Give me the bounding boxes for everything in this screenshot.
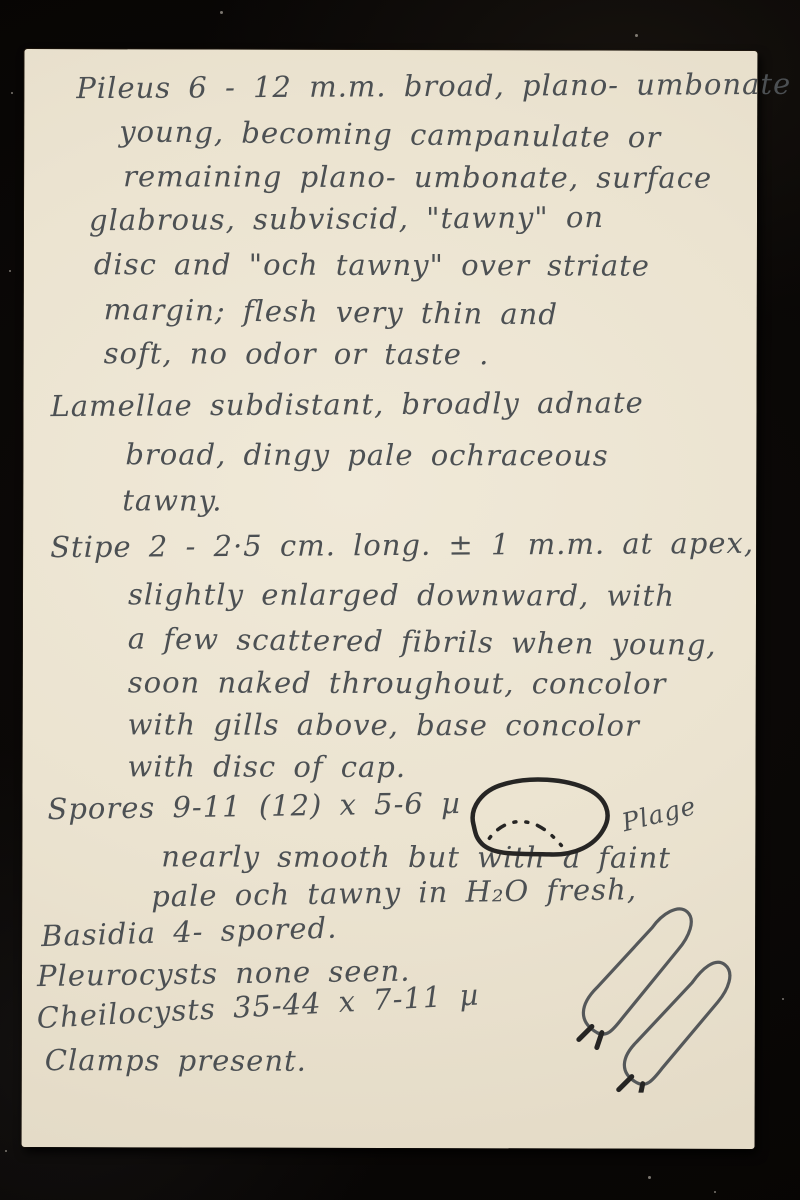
- handwritten-line: remaining plano- umbonate, surface: [123, 159, 712, 195]
- photo-background: Pileus 6 - 12 m.m. broad, plano- umbonat…: [0, 0, 800, 1200]
- handwritten-line: soft, no odor or taste .: [104, 336, 490, 371]
- handwritten-line: tawny.: [122, 483, 222, 517]
- handwritten-line: disc and "och tawny" over striate: [94, 247, 650, 282]
- dust-speck: [220, 11, 223, 14]
- handwritten-line: Spores 9-11 (12) x 5-6 µ: [47, 786, 461, 826]
- handwritten-line: soon naked throughout, concolor: [128, 665, 667, 700]
- dust-speck: [9, 270, 11, 272]
- dust-speck: [782, 998, 784, 1000]
- spore-sketch-icon: [455, 772, 625, 872]
- index-card: Pileus 6 - 12 m.m. broad, plano- umbonat…: [22, 49, 758, 1149]
- handwritten-line: margin; flesh very thin and: [104, 292, 559, 331]
- handwritten-line: with gills above, base concolor: [128, 707, 640, 742]
- handwritten-line: with disc of cap.: [128, 749, 407, 784]
- dust-speck: [714, 1191, 716, 1193]
- handwritten-line: glabrous, subviscid, "tawny" on: [89, 200, 604, 237]
- dust-speck: [635, 34, 638, 37]
- handwritten-line: Basidia 4- spored.: [41, 911, 338, 954]
- plage-label: Plage: [619, 791, 699, 837]
- handwritten-line: slightly enlarged downward, with: [128, 577, 675, 612]
- handwritten-line: Clamps present.: [45, 1043, 307, 1078]
- dust-speck: [11, 92, 13, 94]
- handwritten-line: a few scattered fibrils when young,: [128, 621, 717, 662]
- handwritten-line: Stipe 2 - 2·5 cm. long. ± 1 m.m. at apex…: [50, 526, 754, 564]
- handwritten-line: Lamellae subdistant, broadly adnate: [50, 385, 643, 423]
- cystidia-sketch-icon: [542, 892, 755, 1093]
- handwritten-line: Pileus 6 - 12 m.m. broad, plano- umbonat…: [76, 67, 791, 105]
- handwritten-line: young, becoming campanulate or: [119, 114, 661, 154]
- dust-speck: [5, 1150, 7, 1152]
- handwritten-line: broad, dingy pale ochraceous: [125, 437, 608, 472]
- dust-speck: [648, 1176, 651, 1179]
